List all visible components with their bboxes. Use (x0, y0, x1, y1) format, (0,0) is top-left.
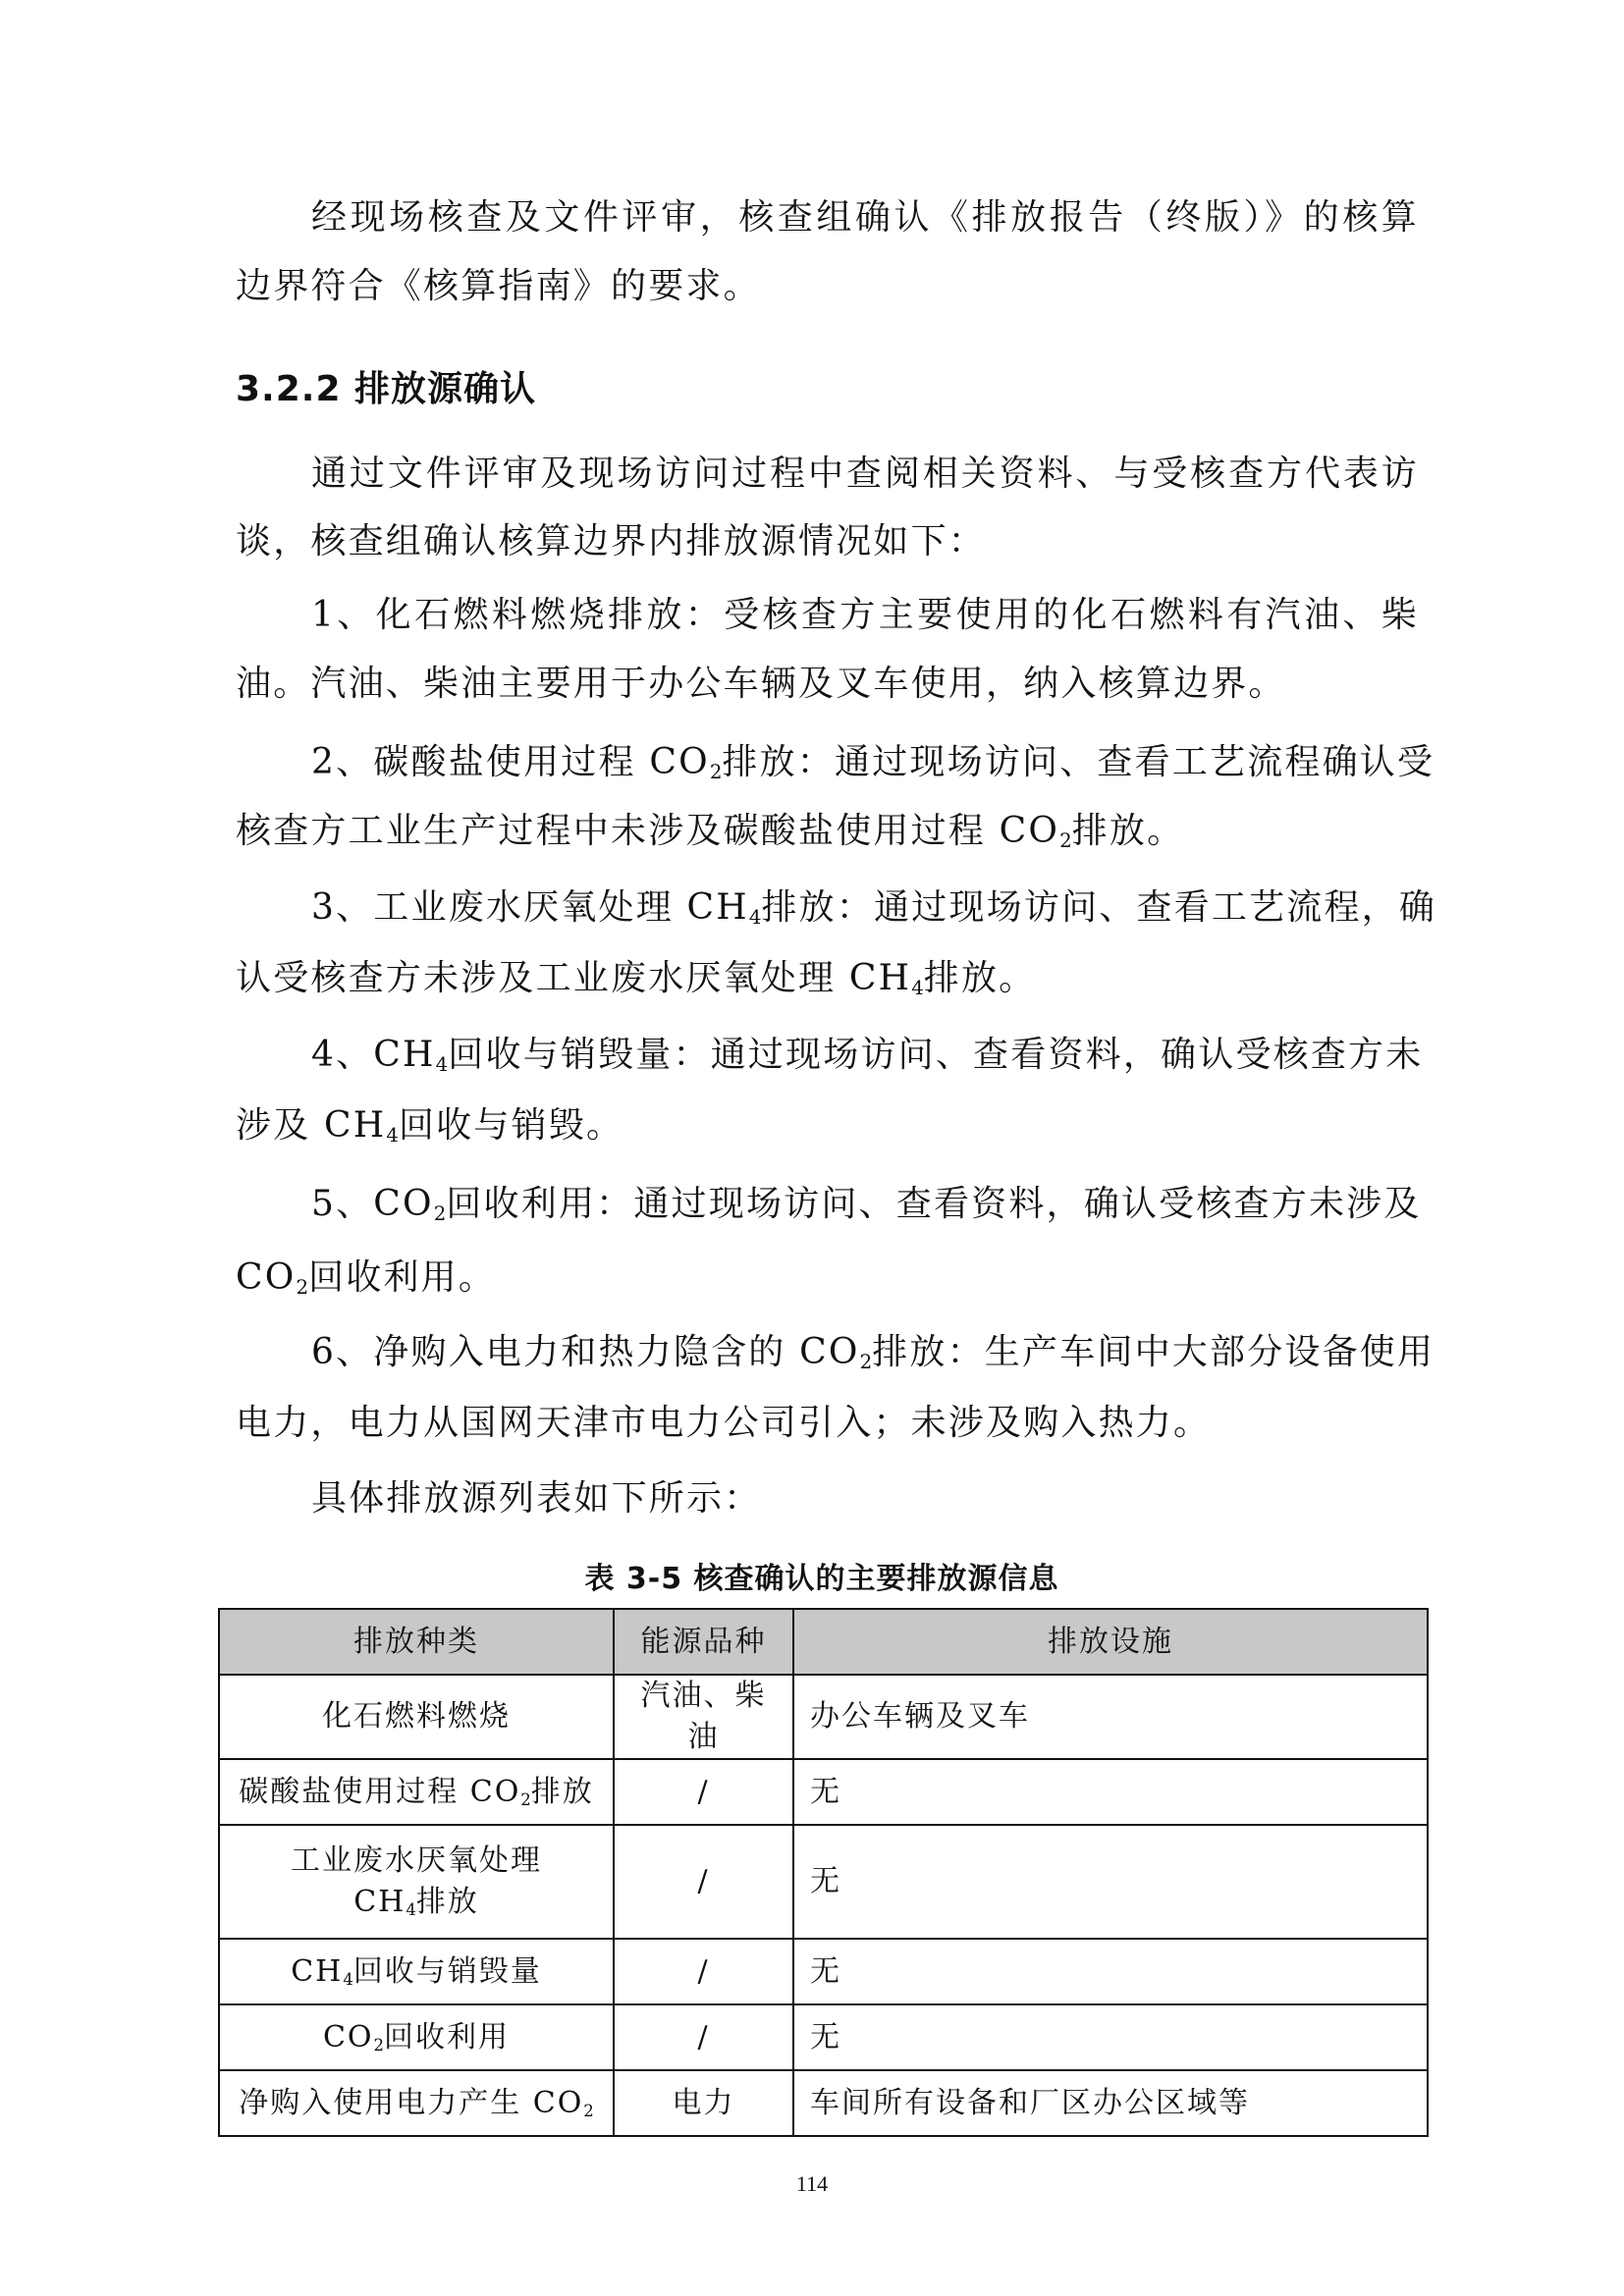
table-caption: 表 3-5 核查确认的主要排放源信息 (218, 1560, 1426, 1599)
cell-energy-type: 汽油、柴油 (614, 1675, 793, 1759)
table-row: 化石燃料燃烧 汽油、柴油 办公车辆及叉车 (219, 1675, 1428, 1759)
list-item-line: 油。汽油、柴油主要用于办公车辆及叉车使用，纳入核算边界。 (236, 663, 1419, 706)
list-item-line: 2、碳酸盐使用过程 CO2排放：通过现场访问、查看工艺流程确认受 (311, 741, 1419, 784)
cell-emission-facility: 车间所有设备和厂区办公区域等 (793, 2070, 1428, 2136)
cell-emission-facility: 无 (793, 1939, 1428, 2004)
list-item-line: 电力，电力从国网天津市电力公司引入；未涉及购入热力。 (236, 1402, 1419, 1445)
cell-emission-facility: 办公车辆及叉车 (793, 1675, 1428, 1759)
list-item-line: 3、工业废水厌氧处理 CH4排放：通过现场访问、查看工艺流程，确 (311, 886, 1419, 930)
cell-emission-type: 工业废水厌氧处理 CH4排放 (219, 1825, 614, 1939)
cell-emission-facility: 无 (793, 1825, 1428, 1939)
list-item-line: 认受核查方未涉及工业废水厌氧处理 CH4排放。 (236, 957, 1419, 1000)
cell-energy-type: 电力 (614, 2070, 793, 2136)
list-item-line: 6、净购入电力和热力隐含的 CO2排放：生产车间中大部分设备使用 (311, 1331, 1419, 1374)
cell-emission-facility: 无 (793, 1759, 1428, 1825)
header-emission-facility: 排放设施 (793, 1609, 1428, 1675)
cell-emission-facility: 无 (793, 2004, 1428, 2070)
table-row: 工业废水厌氧处理 CH4排放 / 无 (219, 1825, 1428, 1939)
list-item-line: 核查方工业生产过程中未涉及碳酸盐使用过程 CO2排放。 (236, 810, 1419, 853)
table-intro: 具体排放源列表如下所示： (311, 1477, 1419, 1521)
list-item-line: 1、化石燃料燃烧排放：受核查方主要使用的化石燃料有汽油、柴 (311, 594, 1419, 637)
cell-energy-type: / (614, 2004, 793, 2070)
table-row: CO2回收利用 / 无 (219, 2004, 1428, 2070)
list-item-line: 4、CH4回收与销毁量：通过现场访问、查看资料，确认受核查方未 (311, 1034, 1419, 1077)
emission-sources-table: 排放种类 能源品种 排放设施 化石燃料燃烧 汽油、柴油 办公车辆及叉车 碳酸盐使… (218, 1608, 1429, 2137)
table-row: CH4回收与销毁量 / 无 (219, 1939, 1428, 2004)
header-emission-type: 排放种类 (219, 1609, 614, 1675)
paragraph-line: 通过文件评审及现场访问过程中查阅相关资料、与受核查方代表访 (311, 453, 1419, 496)
cell-emission-type: CO2回收利用 (219, 2004, 614, 2070)
cell-emission-type: 碳酸盐使用过程 CO2排放 (219, 1759, 614, 1825)
header-energy-type: 能源品种 (614, 1609, 793, 1675)
list-item-line: 涉及 CH4回收与销毁。 (236, 1104, 1419, 1148)
cell-energy-type: / (614, 1825, 793, 1939)
cell-emission-type: 净购入使用电力产生 CO2 (219, 2070, 614, 2136)
table-header-row: 排放种类 能源品种 排放设施 (219, 1609, 1428, 1675)
document-page: 经现场核查及文件评审，核查组确认《排放报告（终版）》的核算 边界符合《核算指南》… (0, 0, 1624, 2296)
page-number: 114 (0, 2171, 1624, 2197)
list-item-line: CO2回收利用。 (236, 1256, 1419, 1300)
section-heading: 3.2.2 排放源确认 (236, 368, 536, 411)
paragraph-line: 边界符合《核算指南》的要求。 (236, 265, 1419, 308)
paragraph-line: 谈，核查组确认核算边界内排放源情况如下： (236, 520, 1419, 563)
cell-emission-type: 化石燃料燃烧 (219, 1675, 614, 1759)
paragraph-line: 经现场核查及文件评审，核查组确认《排放报告（终版）》的核算 (311, 196, 1419, 240)
cell-emission-type: CH4回收与销毁量 (219, 1939, 614, 2004)
list-item-line: 5、CO2回收利用：通过现场访问、查看资料，确认受核查方未涉及 (311, 1183, 1419, 1226)
table-row: 碳酸盐使用过程 CO2排放 / 无 (219, 1759, 1428, 1825)
cell-energy-type: / (614, 1939, 793, 2004)
cell-energy-type: / (614, 1759, 793, 1825)
table-row: 净购入使用电力产生 CO2 电力 车间所有设备和厂区办公区域等 (219, 2070, 1428, 2136)
